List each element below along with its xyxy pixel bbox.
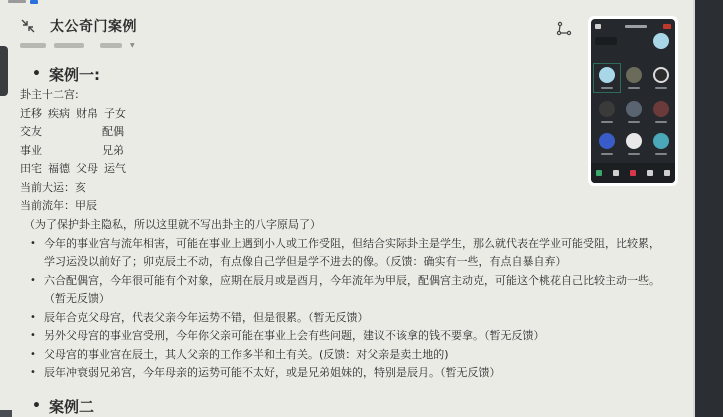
document-meta: ▼ xyxy=(20,42,135,49)
palace-cell: 运气 xyxy=(104,160,130,179)
collapse-arrows-icon[interactable] xyxy=(20,18,36,34)
window-top-strip xyxy=(0,0,40,5)
speaker-icon[interactable] xyxy=(595,24,601,29)
document-body: • 案例一: 卦主十二宫: 迁移 疾病 财帛 子女 交友 配偶 事业 兄弟 田宅… xyxy=(20,62,680,383)
participant-avatar[interactable] xyxy=(653,33,669,49)
list-item: 辰年合克父母宫，代表父亲今年运势不错，但是很累。（暂无反馈） xyxy=(30,309,670,328)
meta-date-blur xyxy=(20,43,46,48)
case-two-heading-text: 案例二 xyxy=(49,396,94,417)
participant-name-blur xyxy=(601,87,613,89)
participant-avatar[interactable] xyxy=(626,101,642,117)
current-year: 当前流年：甲辰 xyxy=(20,197,680,216)
palace-cell: 田宅 xyxy=(20,160,46,179)
palace-cell: 父母 xyxy=(76,160,102,179)
list-item: 另外父母宫的事业宫受刑，今年你父亲可能在事业上会有些问题，建议不该拿的钱不要拿。… xyxy=(30,327,670,346)
call-title-blur xyxy=(625,25,647,28)
participant-name-blur xyxy=(628,121,640,123)
participant-name-blur xyxy=(655,121,667,123)
sidebar-collapse-handle[interactable] xyxy=(0,46,8,96)
case-one-heading: • 案例一: xyxy=(20,62,680,86)
palace-cell: 交友 xyxy=(20,123,102,142)
participant-avatar[interactable] xyxy=(599,133,615,149)
participant-avatar[interactable] xyxy=(653,133,669,149)
participant-avatar[interactable] xyxy=(653,101,669,117)
participant-name-blur xyxy=(628,87,640,89)
camera-icon[interactable] xyxy=(613,170,619,176)
case-one-heading-text: 案例一: xyxy=(49,64,100,85)
palace-row: 迁移 疾病 财帛 子女 xyxy=(20,105,680,124)
more-icon[interactable] xyxy=(664,170,670,176)
call-controls xyxy=(591,163,675,183)
participant-avatar[interactable] xyxy=(653,67,669,83)
participants-icon[interactable] xyxy=(647,170,653,176)
participant-name-blur xyxy=(628,153,640,155)
corner-badge xyxy=(0,410,12,417)
participant-avatar[interactable] xyxy=(599,101,615,117)
palace-cell: 疾病 xyxy=(48,105,74,124)
call-info-pill[interactable] xyxy=(595,37,617,45)
bullet-dot: • xyxy=(32,398,41,414)
palace-cell: 兄弟 xyxy=(102,142,128,161)
participant-name-blur xyxy=(655,153,667,155)
end-call-icon[interactable] xyxy=(663,24,671,29)
case-two-heading: • 案例二 xyxy=(20,394,94,417)
palace-row: 交友 配偶 xyxy=(20,123,680,142)
palace-label: 卦主十二宫: xyxy=(20,86,680,105)
page-title: 太公奇门案例 xyxy=(50,16,137,36)
microphone-icon[interactable] xyxy=(596,170,602,176)
participant-name-blur xyxy=(655,87,667,89)
palace-cell: 子女 xyxy=(104,105,130,124)
participant-name-blur xyxy=(601,121,613,123)
participant-name-blur xyxy=(601,153,613,155)
call-top-bar xyxy=(595,24,671,30)
video-call-screen xyxy=(591,19,675,183)
participant-avatar[interactable] xyxy=(626,133,642,149)
palace-cell: 配偶 xyxy=(102,123,128,142)
meta-author-blur[interactable] xyxy=(100,43,122,48)
current-luck: 当前大运：亥 xyxy=(20,179,680,198)
palace-row: 田宅 福德 父母 运气 xyxy=(20,160,680,179)
window-title-blur xyxy=(8,0,26,3)
list-item: 辰年冲衰弱兄弟宫，今年母亲的运势可能不太好，或是兄弟姐妹的，特别是辰月。（暂无反… xyxy=(30,364,670,383)
palace-cell: 福德 xyxy=(48,160,74,179)
share-graph-icon[interactable] xyxy=(556,20,572,36)
privacy-note: （为了保护卦主隐私，所以这里就不写出卦主的八字原局了） xyxy=(20,216,680,234)
palace-cell: 事业 xyxy=(20,142,102,161)
list-item: 六合配偶宫，今年很可能有个对象，应期在辰月或是酉月，今年流年为甲辰，配偶宫主动克… xyxy=(30,272,670,309)
meta-time-blur xyxy=(54,43,84,48)
list-item: 今年的事业宫与流年相害，可能在事业上遇到小人或工作受阻，但结合实际卦主是学生，那… xyxy=(30,235,670,272)
bullet-dot: • xyxy=(32,66,41,82)
video-call-overlay[interactable] xyxy=(588,16,678,186)
analysis-list: 今年的事业宫与流年相害，可能在事业上遇到小人或工作受阻，但结合实际卦主是学生，那… xyxy=(20,235,680,383)
right-scroll-panel[interactable] xyxy=(693,0,723,417)
share-screen-icon[interactable] xyxy=(630,170,636,176)
participant-avatar[interactable] xyxy=(599,67,615,83)
palace-cell: 迁移 xyxy=(20,105,46,124)
window-accent-mark xyxy=(30,0,38,4)
list-item: 父母宫的事业宫在辰土，其人父亲的工作多半和土有关。(反馈：对父亲是卖土地的) xyxy=(30,346,670,365)
palace-row: 事业 兄弟 xyxy=(20,142,680,161)
palace-cell: 财帛 xyxy=(76,105,102,124)
chevron-down-icon[interactable]: ▼ xyxy=(130,42,135,49)
document-header: 太公奇门案例 xyxy=(20,16,137,36)
participant-avatar[interactable] xyxy=(626,67,642,83)
